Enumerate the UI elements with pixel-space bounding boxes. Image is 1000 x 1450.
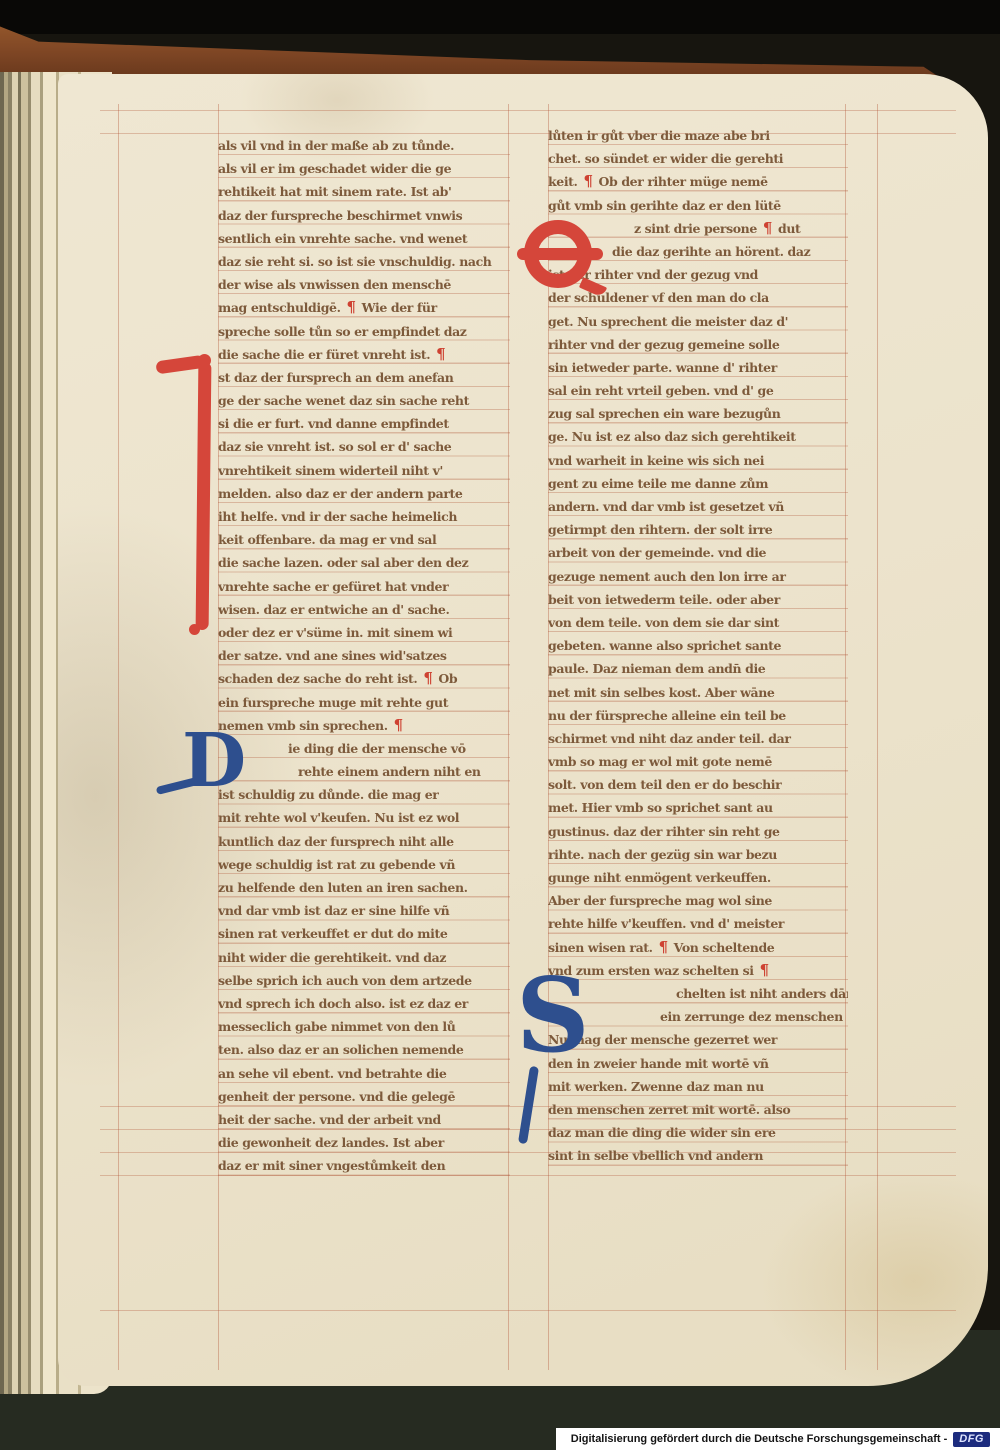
manuscript-text-line: vnd zum ersten waz schelten si ¶ — [548, 959, 848, 982]
manuscript-text-line: zu helfende den luten an iren sachen. — [218, 876, 510, 899]
manuscript-text-line: solt. von dem teil den er do beschir — [548, 773, 848, 796]
manuscript-text-line: vnd sprech ich doch also. ist ez daz er — [218, 992, 510, 1015]
manuscript-text-line: messeclich gabe nimmet von den lů — [218, 1015, 510, 1038]
initial-s-descender — [518, 1066, 539, 1144]
manuscript-text-line: rehtikeit hat mit sinem rate. Ist ab' — [218, 180, 510, 203]
manuscript-text-line: paule. Daz nieman dem andn̄ die — [548, 657, 848, 680]
manuscript-text-line: nemen vmb sin sprechen. ¶ — [218, 714, 510, 737]
manuscript-text-line: Aber der furspreche mag wol sine — [548, 889, 848, 912]
initial-e-bar — [517, 248, 603, 260]
manuscript-text-line: gůt vmb sin gerihte daz er den lütē — [548, 194, 848, 217]
manuscript-text-line: net mit sin selbes kost. Aber wāne — [548, 681, 848, 704]
manuscript-text-line: mit rehte wol v'keufen. Nu ist ez wol — [218, 806, 510, 829]
manuscript-text-line: getirmpt den rihtern. der solt irre — [548, 518, 848, 541]
manuscript-text-line: daz man die ding die wider sin ere — [548, 1121, 848, 1144]
manuscript-text-line: ein furspreche muge mit rehte gut — [218, 691, 510, 714]
manuscript-text-line: si die er furt. vnd danne empfindet — [218, 412, 510, 435]
initial-d-blue: D — [182, 726, 246, 796]
manuscript-text-line: von dem teile. von dem sie dar sint — [548, 611, 848, 634]
manuscript-text-line: mag entschuldigē. ¶ Wie der für — [218, 296, 510, 319]
initial-s-blue: S — [516, 970, 590, 1062]
manuscript-text-line: melden. also daz er der andern parte — [218, 482, 510, 505]
manuscript-text-line: gent zu eime teile me danne zům — [548, 472, 848, 495]
manuscript-text-line: ge. Nu ist ez also daz sich gerehtikeit — [548, 425, 848, 448]
manuscript-text-line: sinen wisen rat. ¶ Von scheltende — [548, 936, 848, 959]
manuscript-text-line: wege schuldig ist rat zu gebende vñ — [218, 853, 510, 876]
manuscript-text-line: den in zweier hande mit wortē vñ — [548, 1052, 848, 1075]
manuscript-text-line: als vil er im geschadet wider die ge — [218, 157, 510, 180]
manuscript-text-line: vnd warheit in keine wis sich nei — [548, 449, 848, 472]
pilcrow-mark: ¶ — [657, 938, 670, 956]
initial-e-red — [524, 220, 592, 288]
ruling-vertical — [877, 104, 878, 1370]
manuscript-text-line: vnd dar vmb ist daz er sine hilfe vñ — [218, 899, 510, 922]
manuscript-text-line: Nu mag der mensche gezerret wer — [548, 1028, 848, 1051]
manuscript-text-line: daz er mit siner vngestůmkeit den — [218, 1154, 510, 1177]
manuscript-text-line: ein zerrunge dez menschen — [548, 1005, 848, 1028]
manuscript-text-line: ten. also daz er an solichen nemende — [218, 1038, 510, 1061]
manuscript-text-line: an sehe vil ebent. vnd betrahte die — [218, 1062, 510, 1085]
ruling-horizontal — [100, 1310, 956, 1311]
manuscript-text-line: als vil vnd in der maße ab zu tůnde. — [218, 134, 510, 157]
manuscript-text-line: vmb so mag er wol mit gote nemē — [548, 750, 848, 773]
manuscript-text-line: die gewonheit dez landes. Ist aber — [218, 1131, 510, 1154]
manuscript-text-line: kuntlich daz der fursprech niht alle — [218, 830, 510, 853]
text-column-left: als vil vnd in der maße ab zu tůnde.als … — [218, 134, 510, 1177]
initial-s-glyph: S — [516, 956, 590, 1076]
manuscript-scan: als vil vnd in der maße ab zu tůnde.als … — [0, 0, 1000, 1450]
ruling-vertical — [118, 104, 119, 1370]
parchment-page: als vil vnd in der maße ab zu tůnde.als … — [58, 74, 988, 1386]
digitization-caption-bar: Digitalisierung gefördert durch die Deut… — [556, 1428, 1000, 1450]
manuscript-text-line: genheit der persone. vnd die gelegē — [218, 1085, 510, 1108]
manuscript-text-line: met. Hier vmb so sprichet sant au — [548, 796, 848, 819]
manuscript-text-line: gunge niht enmögent verkeuffen. — [548, 866, 848, 889]
manuscript-text-line: ge der sache wenet daz sin sache reht — [218, 389, 510, 412]
pilcrow-mark: ¶ — [392, 716, 405, 734]
manuscript-text-line: rihter vnd der gezug gemeine solle — [548, 333, 848, 356]
manuscript-text-line: lůten ir gůt vber die maze abe bri — [548, 124, 848, 147]
manuscript-text-line: spreche solle tůn so er empfindet daz — [218, 320, 510, 343]
manuscript-text-line: schaden dez sache do reht ist. ¶ Ob — [218, 667, 510, 690]
manuscript-text-line: chet. so sündet er wider die gerehti — [548, 147, 848, 170]
manuscript-text-line: wisen. daz er entwiche an d' sache. — [218, 598, 510, 621]
manuscript-text-line: den menschen zerret mit wortē. also — [548, 1098, 848, 1121]
manuscript-text-line: sint in selbe vbellich vnd andern — [548, 1144, 848, 1167]
scan-background-top — [0, 0, 1000, 34]
manuscript-text-line: sentlich ein vnrehte sache. vnd wenet — [218, 227, 510, 250]
dfg-logo: DFG — [953, 1432, 990, 1447]
manuscript-text-line: die sache lazen. oder sal aber den dez — [218, 551, 510, 574]
manuscript-text-line: nu der fürspreche alleine ein teil be — [548, 704, 848, 727]
manuscript-text-line: rehte einem andern niht en — [218, 760, 510, 783]
manuscript-text-line: sal ein reht vrteil geben. vnd d' ge — [548, 379, 848, 402]
initial-i-stem — [196, 362, 212, 630]
initial-i-bottom-ball — [189, 624, 200, 635]
pilcrow-mark: ¶ — [761, 219, 774, 237]
initial-d-glyph: D — [182, 718, 246, 804]
manuscript-text-line: gezuge nement auch den lon irre ar — [548, 565, 848, 588]
manuscript-text-line: andern. vnd dar vmb ist gesetzet vñ — [548, 495, 848, 518]
manuscript-text-line: niht wider die gerehtikeit. vnd daz — [218, 946, 510, 969]
manuscript-text-line: gustinus. daz der rihter sin reht ge — [548, 820, 848, 843]
manuscript-text-line: mit werken. Zwenne daz man nu — [548, 1075, 848, 1098]
pilcrow-mark: ¶ — [434, 345, 447, 363]
digitization-caption-text: Digitalisierung gefördert durch die Deut… — [571, 1433, 948, 1445]
manuscript-text-line: oder dez er v'süme in. mit sinem wi — [218, 621, 510, 644]
manuscript-text-line: beit von ietwederm teile. oder aber — [548, 588, 848, 611]
manuscript-text-line: get. Nu sprechent die meister daz d' — [548, 310, 848, 333]
manuscript-text-line: daz sie vnreht ist. so sol er d' sache — [218, 435, 510, 458]
manuscript-text-line: sin ietweder parte. wanne d' rihter — [548, 356, 848, 379]
manuscript-text-line: schirmet vnd niht daz ander teil. dar — [548, 727, 848, 750]
manuscript-text-line: sinen rat verkeuffet er dut do mite — [218, 922, 510, 945]
manuscript-text-line: keit offenbare. da mag er vnd sal — [218, 528, 510, 551]
manuscript-text-line: chelten ist niht anders dāne — [548, 982, 848, 1005]
manuscript-text-line: ist schuldig zu důnde. die mag er — [218, 783, 510, 806]
manuscript-text-line: gebeten. wanne also sprichet sante — [548, 634, 848, 657]
manuscript-text-line: iht helfe. vnd ir der sache heimelich — [218, 505, 510, 528]
manuscript-text-line: vnrehtikeit sinem widerteil niht v' — [218, 459, 510, 482]
pilcrow-mark: ¶ — [421, 669, 434, 687]
manuscript-text-line: die sache die er füret vnreht ist. ¶ — [218, 343, 510, 366]
manuscript-text-line: ie ding die der mensche vō — [218, 737, 510, 760]
manuscript-text-line: z sint drie persone ¶ dut — [548, 217, 848, 240]
manuscript-text-line: keit. ¶ Ob der rihter müge nemē — [548, 170, 848, 193]
manuscript-text-line: zug sal sprechen ein ware bezugůn — [548, 402, 848, 425]
ruling-horizontal — [100, 110, 956, 111]
manuscript-text-line: daz sie reht si. so ist sie vnschuldig. … — [218, 250, 510, 273]
pilcrow-mark: ¶ — [758, 961, 771, 979]
manuscript-text-line: rehte hilfe v'keuffen. vnd d' meister — [548, 912, 848, 935]
manuscript-text-line: selbe sprich ich auch von dem artzede — [218, 969, 510, 992]
manuscript-text-line: rihte. nach der gezüg sin war bezu — [548, 843, 848, 866]
manuscript-text-line: daz der furspreche beschirmet vnwis — [218, 204, 510, 227]
pilcrow-mark: ¶ — [345, 298, 358, 316]
manuscript-text-line: der satze. vnd ane sines wid'satzes — [218, 644, 510, 667]
manuscript-text-line: st daz der fursprech an dem anefan — [218, 366, 510, 389]
manuscript-text-line: vnrehte sache er gefüret hat vnder — [218, 575, 510, 598]
manuscript-text-line: der wise als vnwissen den menschē — [218, 273, 510, 296]
manuscript-text-line: heit der sache. vnd der arbeit vnd — [218, 1108, 510, 1131]
pilcrow-mark: ¶ — [581, 172, 594, 190]
manuscript-text-line: arbeit von der gemeinde. vnd die — [548, 541, 848, 564]
